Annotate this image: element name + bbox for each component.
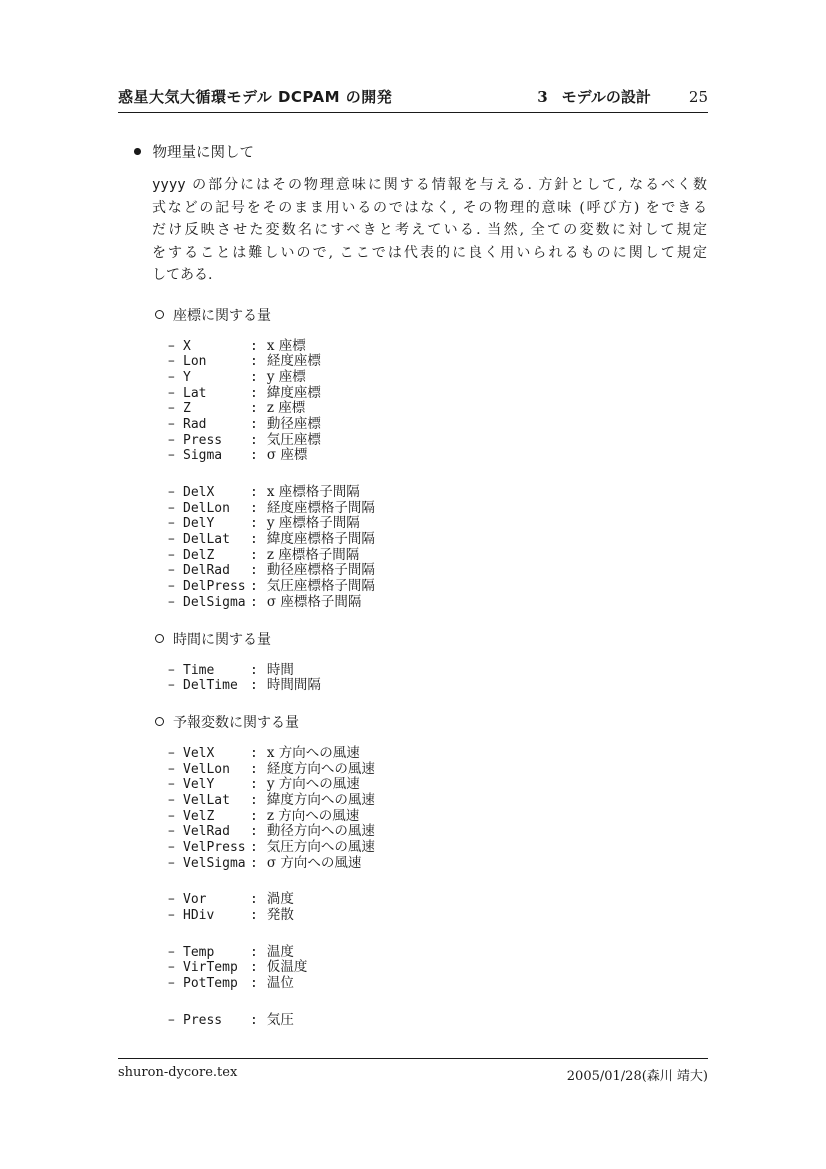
variable-name: DelPress — [183, 579, 250, 595]
variable-desc: y 座標 — [267, 369, 306, 385]
variable-group: –VelX:x 方向への風速–VelLon:経度方向への風速–VelY:y 方向… — [118, 746, 708, 872]
variable-name: HDiv — [183, 908, 250, 924]
variable-desc: 緯度座標 — [267, 385, 321, 401]
colon: : — [250, 1013, 258, 1028]
variable-desc: σ 座標格子間隔 — [267, 594, 362, 610]
variable-row: –Vor:渦度 — [118, 892, 708, 908]
variable-row: –VirTemp:仮温度 — [118, 960, 708, 976]
variable-group: –Press:気圧 — [118, 1013, 708, 1029]
variable-row: –X:x 座標 — [118, 339, 708, 355]
variable-row: –VelRad:動径方向への風速 — [118, 824, 708, 840]
variable-desc: 気圧 — [267, 1012, 294, 1028]
colon: : — [250, 370, 258, 385]
variable-name: DelLat — [183, 532, 250, 548]
colon: : — [250, 501, 258, 516]
dash-icon: – — [168, 548, 183, 564]
paragraph: yyyy の部分にはその物理意味に関する情報を与える. 方針として, なるべく数… — [118, 174, 707, 287]
footer-date: 2005/01/28(森川 靖大) — [567, 1065, 708, 1084]
variable-row: –Lat:緯度座標 — [118, 386, 708, 402]
variable-name: Lat — [183, 386, 250, 402]
colon: : — [250, 678, 258, 693]
variable-desc: 渦度 — [267, 891, 294, 907]
colon: : — [250, 563, 258, 578]
variable-name: Press — [183, 1013, 250, 1029]
dash-icon: – — [168, 976, 183, 992]
variable-name: Lon — [183, 354, 250, 370]
variable-desc: x 方向への風速 — [267, 745, 360, 761]
variable-name: Y — [183, 370, 250, 386]
dash-icon: – — [168, 595, 183, 611]
header-section: 3モデルの設計 — [537, 86, 651, 107]
variable-row: –Press:気圧 — [118, 1013, 708, 1029]
paragraph-text: をすることは難しいので, ここでは代表的に良く用いられるものに関して規定 — [152, 245, 707, 261]
dash-icon: – — [168, 501, 183, 517]
variable-desc: 緯度座標格子間隔 — [267, 531, 375, 547]
colon: : — [250, 401, 258, 416]
page-footer: shuron-dycore.tex 2005/01/28(森川 靖大) — [118, 1058, 708, 1084]
colon: : — [250, 595, 258, 610]
page-header: 惑星大気大循環モデル DCPAM の開発 3モデルの設計 25 — [118, 86, 708, 113]
variable-row: –VelSigma:σ 方向への風速 — [118, 856, 708, 872]
colon: : — [250, 417, 258, 432]
variable-desc: σ 座標 — [267, 447, 308, 463]
subsection: 時間に関する量–Time:時間–DelTime:時間間隔 — [118, 631, 708, 694]
variable-name: X — [183, 339, 250, 355]
bullet-item: 物理量に関して — [118, 143, 708, 160]
colon: : — [250, 485, 258, 500]
variable-name: VelPress — [183, 840, 250, 856]
variable-desc: 動径座標 — [267, 416, 321, 432]
variable-desc: z 座標格子間隔 — [267, 547, 359, 563]
circle-bullet-icon — [155, 634, 164, 643]
dash-icon: – — [168, 678, 183, 694]
colon: : — [250, 976, 258, 991]
bullet-icon — [134, 148, 141, 155]
colon: : — [250, 840, 258, 855]
variable-row: –Temp:温度 — [118, 945, 708, 961]
colon: : — [250, 908, 258, 923]
variable-desc: z 座標 — [267, 400, 305, 416]
dash-icon: – — [168, 354, 183, 370]
paragraph-line: yyyy の部分にはその物理意味に関する情報を与える. 方針として, なるべく数 — [152, 174, 707, 197]
dash-icon: – — [168, 663, 183, 679]
colon: : — [250, 433, 258, 448]
colon: : — [250, 762, 258, 777]
dash-icon: – — [168, 1013, 183, 1029]
variable-desc: 動径方向への風速 — [267, 823, 375, 839]
variable-name: VirTemp — [183, 960, 250, 976]
dash-icon: – — [168, 793, 183, 809]
header-section-title: モデルの設計 — [562, 88, 651, 106]
variable-name: DelRad — [183, 563, 250, 579]
variable-name: VelSigma — [183, 856, 250, 872]
subsection: 予報変数に関する量–VelX:x 方向への風速–VelLon:経度方向への風速–… — [118, 714, 708, 1029]
dash-icon: – — [168, 386, 183, 402]
variable-name: Time — [183, 663, 250, 679]
variable-row: –DelLat:緯度座標格子間隔 — [118, 532, 708, 548]
variable-group: –X:x 座標–Lon:経度座標–Y:y 座標–Lat:緯度座標–Z:z 座標–… — [118, 339, 708, 465]
colon: : — [250, 354, 258, 369]
variable-row: –DelLon:経度座標格子間隔 — [118, 501, 708, 517]
dash-icon: – — [168, 777, 183, 793]
circle-bullet-icon — [155, 717, 164, 726]
header-title: 惑星大気大循環モデル DCPAM の開発 — [118, 86, 392, 107]
variable-row: –Rad:動径座標 — [118, 417, 708, 433]
dash-icon: – — [168, 516, 183, 532]
variable-row: –DelY:y 座標格子間隔 — [118, 516, 708, 532]
paragraph-text: の部分にはその物理意味に関する情報を与える. 方針として, なるべく数 — [186, 177, 707, 193]
colon: : — [250, 856, 258, 871]
subsection-title: 座標に関する量 — [173, 305, 271, 325]
variable-row: –Time:時間 — [118, 663, 708, 679]
dash-icon: – — [168, 945, 183, 961]
dash-icon: – — [168, 908, 183, 924]
variable-desc: 温位 — [267, 975, 294, 991]
paragraph-line: だけ反映させた変数名にすべきと考えている. 当然, 全ての変数に対して規定 — [152, 219, 707, 242]
dash-icon: – — [168, 746, 183, 762]
variable-desc: y 方向への風速 — [267, 776, 360, 792]
variable-row: –HDiv:発散 — [118, 908, 708, 924]
variable-name: VelRad — [183, 824, 250, 840]
dash-icon: – — [168, 563, 183, 579]
variable-name: Sigma — [183, 448, 250, 464]
variable-group: –DelX:x 座標格子間隔–DelLon:経度座標格子間隔–DelY:y 座標… — [118, 485, 708, 611]
paragraph-line: 式などの記号をそのまま用いるのではなく, その物理的意味 (呼び方) をできる — [152, 197, 707, 220]
colon: : — [250, 548, 258, 563]
colon: : — [250, 339, 258, 354]
variable-row: –Y:y 座標 — [118, 370, 708, 386]
variable-row: –DelZ:z 座標格子間隔 — [118, 548, 708, 564]
variable-desc: x 座標格子間隔 — [267, 484, 360, 500]
variable-desc: 動径座標格子間隔 — [267, 562, 375, 578]
subsection-heading: 座標に関する量 — [118, 307, 708, 323]
variable-desc: 時間 — [267, 662, 294, 678]
subsection-heading: 予報変数に関する量 — [118, 714, 708, 730]
variable-name: VelX — [183, 746, 250, 762]
variable-name: Rad — [183, 417, 250, 433]
variable-name: DelZ — [183, 548, 250, 564]
dash-icon: – — [168, 370, 183, 386]
header-section-number: 3 — [537, 88, 547, 106]
dash-icon: – — [168, 824, 183, 840]
variable-name: Temp — [183, 945, 250, 961]
dash-icon: – — [168, 532, 183, 548]
variable-row: –DelPress:気圧座標格子間隔 — [118, 579, 708, 595]
bullet-label: 物理量に関して — [153, 141, 255, 162]
variable-desc: 仮温度 — [267, 959, 308, 975]
variable-row: –DelSigma:σ 座標格子間隔 — [118, 595, 708, 611]
variable-row: –Press:気圧座標 — [118, 433, 708, 449]
paragraph-text: してある. — [152, 267, 212, 283]
text-block: 惑星大気大循環モデル DCPAM の開発 3モデルの設計 25 物理量に関して … — [118, 0, 708, 1029]
dash-icon: – — [168, 417, 183, 433]
variable-desc: 温度 — [267, 944, 294, 960]
colon: : — [250, 777, 258, 792]
dash-icon: – — [168, 856, 183, 872]
circle-bullet-icon — [155, 310, 164, 319]
dash-icon: – — [168, 485, 183, 501]
variable-row: –PotTemp:温位 — [118, 976, 708, 992]
colon: : — [250, 793, 258, 808]
sections: 座標に関する量–X:x 座標–Lon:経度座標–Y:y 座標–Lat:緯度座標–… — [118, 307, 708, 1029]
subsection-title: 予報変数に関する量 — [173, 712, 299, 732]
variable-name: DelSigma — [183, 595, 250, 611]
variable-desc: 発散 — [267, 907, 294, 923]
colon: : — [250, 579, 258, 594]
variable-name: DelX — [183, 485, 250, 501]
dash-icon: – — [168, 579, 183, 595]
dash-icon: – — [168, 840, 183, 856]
dash-icon: – — [168, 448, 183, 464]
colon: : — [250, 663, 258, 678]
subsection: 座標に関する量–X:x 座標–Lon:経度座標–Y:y 座標–Lat:緯度座標–… — [118, 307, 708, 611]
paragraph-text: だけ反映させた変数名にすべきと考えている. 当然, 全ての変数に対して規定 — [152, 222, 707, 238]
variable-desc: 経度座標格子間隔 — [267, 500, 375, 516]
variable-desc: y 座標格子間隔 — [267, 515, 360, 531]
variable-desc: z 方向への風速 — [267, 808, 359, 824]
variable-group: –Temp:温度–VirTemp:仮温度–PotTemp:温位 — [118, 945, 708, 992]
paragraph-line: をすることは難しいので, ここでは代表的に良く用いられるものに関して規定 — [152, 242, 707, 265]
colon: : — [250, 960, 258, 975]
variable-row: –VelLon:経度方向への風速 — [118, 762, 708, 778]
variable-row: –DelRad:動径座標格子間隔 — [118, 563, 708, 579]
variable-desc: 緯度方向への風速 — [267, 792, 375, 808]
colon: : — [250, 386, 258, 401]
variable-desc: 時間間隔 — [267, 677, 321, 693]
variable-group: –Vor:渦度–HDiv:発散 — [118, 892, 708, 923]
variable-name: VelLon — [183, 762, 250, 778]
variable-row: –Z:z 座標 — [118, 401, 708, 417]
colon: : — [250, 516, 258, 531]
variable-desc: 気圧座標格子間隔 — [267, 578, 375, 594]
dash-icon: – — [168, 339, 183, 355]
colon: : — [250, 945, 258, 960]
dash-icon: – — [168, 809, 183, 825]
variable-row: –VelPress:気圧方向への風速 — [118, 840, 708, 856]
document-page: 惑星大気大循環モデル DCPAM の開発 3モデルの設計 25 物理量に関して … — [0, 0, 826, 1169]
colon: : — [250, 892, 258, 907]
colon: : — [250, 532, 258, 547]
variable-desc: σ 方向への風速 — [267, 855, 362, 871]
variable-name: DelLon — [183, 501, 250, 517]
variable-desc: x 座標 — [267, 338, 306, 354]
variable-name: PotTemp — [183, 976, 250, 992]
dash-icon: – — [168, 960, 183, 976]
variable-desc: 気圧座標 — [267, 432, 321, 448]
header-page-number: 25 — [689, 88, 708, 106]
dash-icon: – — [168, 401, 183, 417]
footer-filename: shuron-dycore.tex — [118, 1065, 237, 1084]
colon: : — [250, 824, 258, 839]
variable-row: –Sigma:σ 座標 — [118, 448, 708, 464]
variable-row: –VelX:x 方向への風速 — [118, 746, 708, 762]
variable-desc: 気圧方向への風速 — [267, 839, 375, 855]
dash-icon: – — [168, 433, 183, 449]
variable-name: Press — [183, 433, 250, 449]
variable-row: –Lon:経度座標 — [118, 354, 708, 370]
subsection-heading: 時間に関する量 — [118, 631, 708, 647]
variable-name: VelZ — [183, 809, 250, 825]
variable-desc: 経度座標 — [267, 353, 321, 369]
variable-name: VelLat — [183, 793, 250, 809]
variable-name: DelY — [183, 516, 250, 532]
paragraph-text: yyyy — [152, 177, 186, 193]
variable-row: –DelX:x 座標格子間隔 — [118, 485, 708, 501]
variable-desc: 経度方向への風速 — [267, 761, 375, 777]
variable-row: –VelY:y 方向への風速 — [118, 777, 708, 793]
subsection-title: 時間に関する量 — [173, 629, 271, 649]
variable-name: VelY — [183, 777, 250, 793]
colon: : — [250, 448, 258, 463]
colon: : — [250, 809, 258, 824]
variable-name: Z — [183, 401, 250, 417]
colon: : — [250, 746, 258, 761]
variable-name: DelTime — [183, 678, 250, 694]
paragraph-text: 式などの記号をそのまま用いるのではなく, その物理的意味 (呼び方) をできる — [152, 200, 707, 216]
variable-name: Vor — [183, 892, 250, 908]
variable-row: –VelZ:z 方向への風速 — [118, 809, 708, 825]
paragraph-line: してある. — [152, 264, 707, 287]
variable-group: –Time:時間–DelTime:時間間隔 — [118, 663, 708, 694]
dash-icon: – — [168, 892, 183, 908]
dash-icon: – — [168, 762, 183, 778]
variable-row: –VelLat:緯度方向への風速 — [118, 793, 708, 809]
variable-row: –DelTime:時間間隔 — [118, 678, 708, 694]
